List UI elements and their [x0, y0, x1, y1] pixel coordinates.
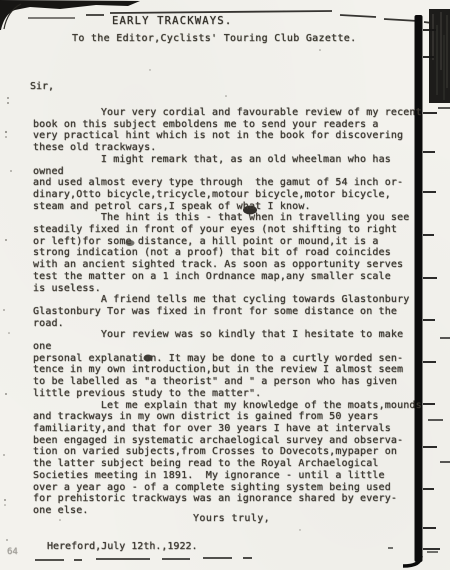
paragraph-glastonbury: A friend tells me that cycling towards G… [33, 294, 427, 329]
paragraph-explanation: Your review was so kindly that I hesitat… [33, 329, 427, 399]
paragraph-knowledge: Let me explain that my knowledge of the … [33, 400, 427, 517]
paragraph-review: Your very cordial and favourable review … [33, 107, 427, 154]
ruled-tick-marks [423, 30, 450, 549]
closing-line: Yours truly, [193, 513, 270, 524]
paragraph-wheelman: I might remark that, as an old wheelman … [33, 154, 427, 213]
salutation: Sir, [30, 81, 54, 92]
top-dashed-rule [28, 11, 448, 25]
addressee-line: To the Editor,Cyclists' Touring Club Gaz… [72, 33, 356, 44]
document-title: EARLY TRACKWAYS. [112, 15, 232, 27]
binding-texture [429, 9, 450, 103]
letter-body: Your very cordial and favourable review … [33, 107, 427, 517]
page-number: 64 [7, 547, 18, 557]
letter-page: EARLY TRACKWAYS. To the Editor,Cyclists'… [0, 0, 450, 570]
paragraph-hint: The hint is this - that when in travelli… [33, 212, 427, 294]
dateline: Hereford,July 12th.,1922. [47, 541, 198, 552]
